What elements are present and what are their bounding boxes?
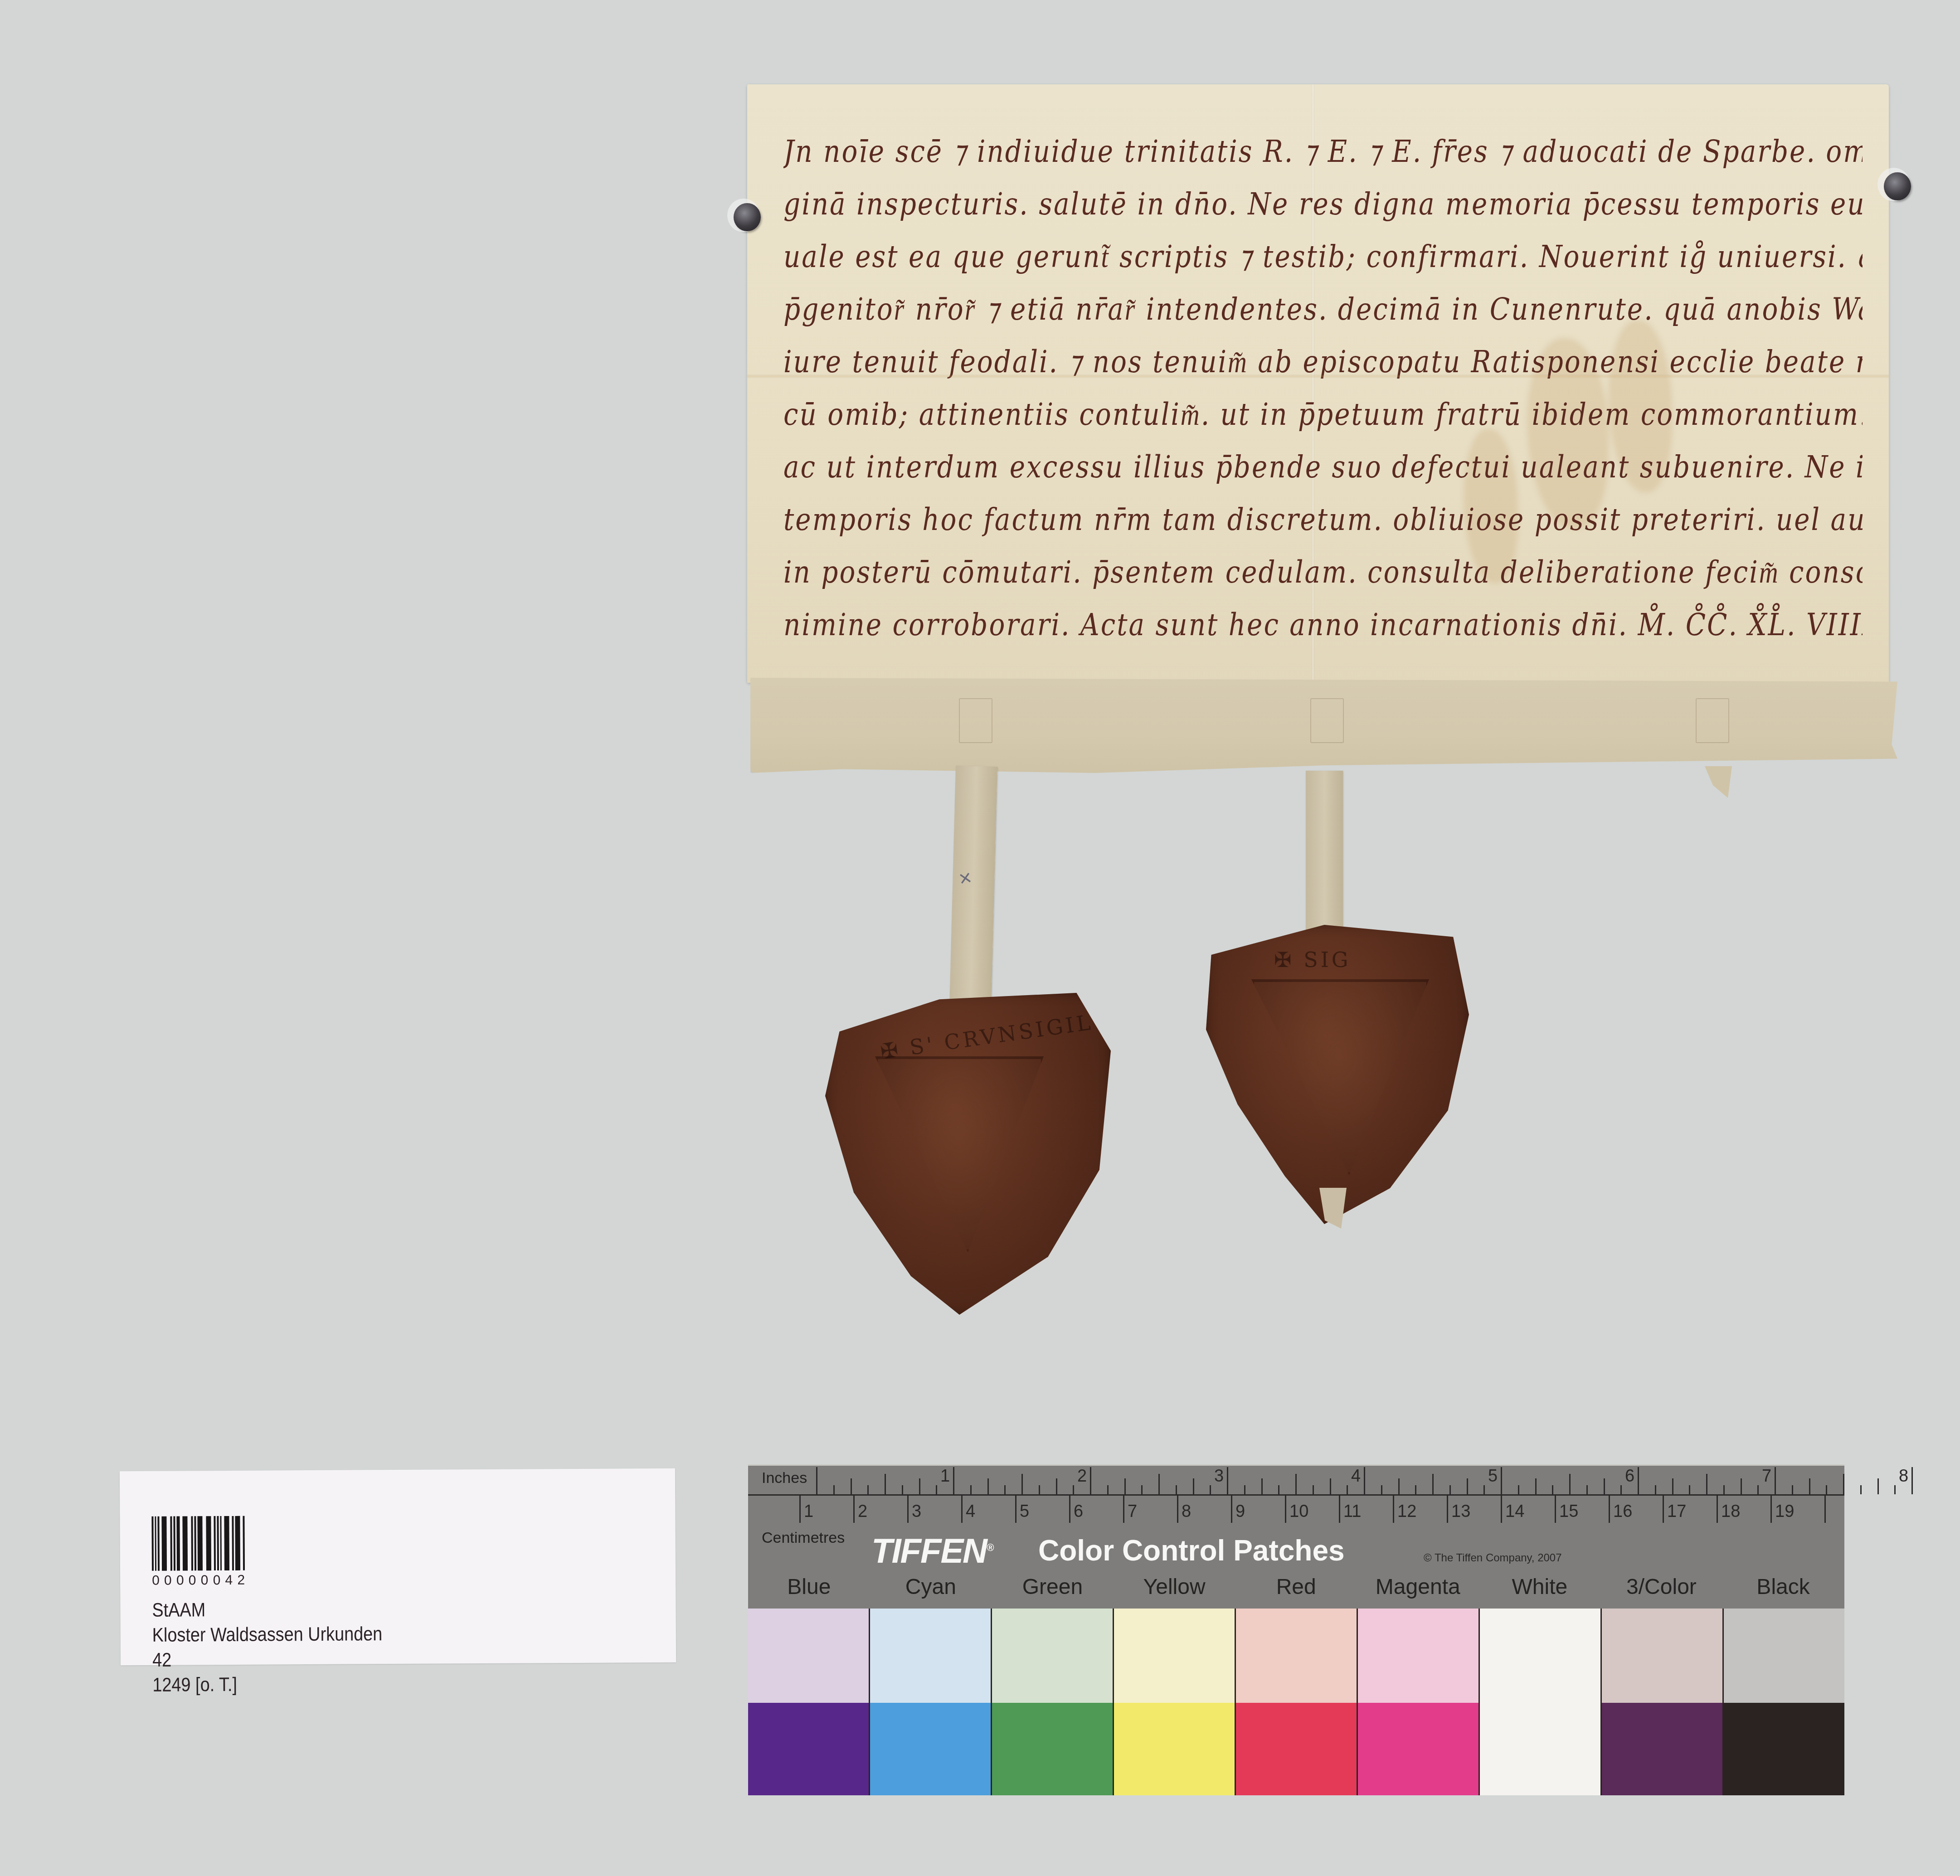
inch-label: 5 <box>1488 1467 1498 1486</box>
inch-tick <box>1295 1474 1297 1494</box>
patch-name: Cyan <box>870 1575 992 1599</box>
script-line: nimine corroborari. Acta sunt hec anno i… <box>783 594 1863 655</box>
wax-seal-right: ✠ SIG <box>1206 925 1469 1224</box>
color-patch-dark <box>1480 1703 1602 1795</box>
patch-name: White <box>1479 1575 1601 1599</box>
cm-label: 5 <box>1020 1502 1029 1521</box>
inch-tick <box>1518 1485 1519 1494</box>
seal-strap-left <box>949 766 997 1030</box>
mounting-magnet-right <box>1884 172 1911 200</box>
cm-tick <box>961 1496 963 1523</box>
inch-tick <box>1056 1478 1057 1494</box>
label-collection: Kloster Waldsassen Urkunden <box>152 1622 383 1648</box>
cm-label: 16 <box>1613 1502 1632 1521</box>
inch-tick <box>1158 1474 1160 1494</box>
inch-tick <box>1894 1485 1896 1494</box>
cm-tick <box>1555 1496 1556 1523</box>
inch-tick <box>867 1485 869 1494</box>
inch-tick <box>1672 1478 1673 1494</box>
chart-title: Color Control Patches <box>1038 1534 1345 1567</box>
plica-fold-flap <box>750 678 1897 773</box>
cm-tick <box>1501 1496 1502 1523</box>
cm-label: 14 <box>1505 1502 1524 1521</box>
cm-tick <box>907 1496 909 1523</box>
cm-label: 4 <box>966 1502 975 1521</box>
color-patch-dark <box>748 1703 870 1795</box>
seal-shield-icon <box>1251 979 1429 1175</box>
color-patch-dark <box>992 1703 1114 1795</box>
script-line: uale est ea que gerunt͂ scriptis ⁊ testi… <box>783 226 1863 287</box>
seal-strap-right <box>1306 771 1343 938</box>
cm-label: 10 <box>1289 1502 1308 1521</box>
color-patch-light <box>1480 1609 1602 1703</box>
inch-tick <box>902 1485 903 1494</box>
inch-tick <box>1569 1474 1571 1494</box>
inches-caption: Inches <box>762 1469 807 1487</box>
cm-tick <box>799 1496 801 1523</box>
inch-tick <box>1638 1467 1639 1494</box>
cm-tick <box>1717 1496 1718 1523</box>
inch-tick <box>936 1485 937 1494</box>
inch-tick <box>1741 1478 1742 1494</box>
cm-label: 7 <box>1128 1502 1137 1521</box>
barcode-digit: 0 <box>152 1573 160 1589</box>
cm-label: 3 <box>912 1502 921 1521</box>
inch-tick <box>1775 1467 1776 1494</box>
inch-tick <box>1432 1474 1434 1494</box>
color-patch-light <box>1236 1609 1358 1703</box>
cm-tick <box>1824 1496 1826 1523</box>
inch-tick <box>1843 1474 1844 1494</box>
registered-mark: ® <box>987 1542 993 1553</box>
patch-name: Magenta <box>1357 1575 1479 1599</box>
mounting-magnet-left <box>734 203 761 231</box>
inch-label: 3 <box>1214 1467 1224 1486</box>
cm-tick <box>1609 1496 1610 1523</box>
barcode-digit: 0 <box>164 1573 172 1589</box>
barcode-digit: 4 <box>225 1573 233 1588</box>
label-number: 42 <box>152 1647 383 1673</box>
patch-name: Black <box>1722 1575 1844 1599</box>
seal-legend: ✠ SIG <box>1274 948 1351 972</box>
seal-legend: ✠ S' CRVNSIGIL <box>879 1010 1095 1064</box>
strap-slot <box>1696 698 1729 743</box>
patch-name: Yellow <box>1114 1575 1235 1599</box>
color-patch-dark <box>1114 1703 1236 1795</box>
inch-tick <box>1364 1467 1365 1494</box>
color-patch-light <box>992 1609 1114 1703</box>
cm-label: 17 <box>1667 1502 1686 1521</box>
inch-label: 1 <box>940 1467 950 1486</box>
inch-tick <box>1141 1485 1143 1494</box>
cm-tick <box>1770 1496 1772 1523</box>
color-patch-dark <box>870 1703 992 1795</box>
barcode-digit: 0 <box>201 1573 209 1588</box>
centimetres-caption: Centimetres <box>762 1529 845 1547</box>
inch-tick <box>1826 1485 1827 1494</box>
ruler-line <box>748 1494 1844 1496</box>
inch-tick <box>1313 1485 1314 1494</box>
barcode-digit: 0 <box>189 1573 196 1588</box>
cm-label: 13 <box>1451 1502 1470 1521</box>
cm-tick <box>1177 1496 1178 1523</box>
cm-tick <box>1123 1496 1124 1523</box>
inch-tick <box>1757 1485 1759 1494</box>
cm-tick <box>1069 1496 1070 1523</box>
wax-seal-left: ✠ S' CRVNSIGIL <box>825 993 1111 1315</box>
inch-tick <box>1227 1467 1228 1494</box>
seal-shield-icon <box>875 1056 1044 1252</box>
inch-tick <box>1860 1485 1862 1494</box>
color-patch-light <box>748 1609 870 1703</box>
inch-tick <box>1877 1478 1879 1494</box>
inch-label: 7 <box>1762 1467 1771 1486</box>
inch-label: 6 <box>1625 1467 1634 1486</box>
inch-tick <box>1586 1485 1588 1494</box>
color-patch-light <box>1724 1609 1844 1703</box>
inch-tick <box>885 1474 886 1494</box>
flap-torn-tab <box>1705 766 1732 798</box>
cm-tick <box>1231 1496 1232 1523</box>
cm-label: 18 <box>1721 1502 1740 1521</box>
barcode-number: 0 0 0 0 0 0 4 2 <box>152 1573 245 1589</box>
cm-tick <box>1447 1496 1448 1523</box>
inch-tick <box>1278 1485 1279 1494</box>
cm-tick <box>1015 1496 1016 1523</box>
color-patch-light <box>1358 1609 1480 1703</box>
inch-tick <box>1210 1485 1211 1494</box>
inch-tick <box>1004 1485 1006 1494</box>
inch-tick <box>1689 1485 1690 1494</box>
script-line: cū omib; attinentiis contulim͂. ut in p̄… <box>783 384 1863 444</box>
inch-tick <box>1261 1478 1263 1494</box>
patch-name: Red <box>1235 1575 1357 1599</box>
charter-parchment: Jn noīe scē ⁊ indiuidue trinitatis R. ⁊ … <box>747 84 1889 683</box>
script-line: p̄genitor͂ nr̄or͂ ⁊ etiā nr̄ar͂ intenden… <box>783 279 1863 339</box>
patch-name: Green <box>992 1575 1114 1599</box>
charter-text: Jn noīe scē ⁊ indiuidue trinitatis R. ⁊ … <box>783 125 1863 651</box>
cm-tick <box>1393 1496 1394 1523</box>
script-line: iure tenuit feodali. ⁊ nos tenuim͂ ab ep… <box>783 331 1863 392</box>
cm-label: 9 <box>1235 1502 1245 1521</box>
inch-label: 2 <box>1077 1467 1087 1486</box>
inch-tick <box>1706 1474 1707 1494</box>
barcode-digit: 0 <box>213 1573 221 1588</box>
inch-tick <box>1244 1485 1245 1494</box>
script-line: Jn noīe scē ⁊ indiuidue trinitatis R. ⁊ … <box>783 121 1863 181</box>
patch-names: Blue Cyan Green Yellow Red Magenta White… <box>748 1575 1844 1599</box>
inch-tick <box>1809 1478 1810 1494</box>
inch-tick <box>953 1467 954 1494</box>
cm-label: 19 <box>1775 1502 1794 1521</box>
inch-tick <box>1911 1467 1913 1494</box>
inch-tick <box>1124 1478 1126 1494</box>
barcode-icon <box>151 1516 245 1571</box>
script-line: temporis hoc factum nr̄m tam discretum. … <box>783 489 1863 549</box>
cm-tick <box>1663 1496 1664 1523</box>
inch-tick <box>1381 1485 1382 1494</box>
inch-tick <box>1090 1467 1091 1494</box>
strap-slot <box>959 698 992 743</box>
color-control-chart: Inches 12345678 123456789101112131415161… <box>748 1464 1844 1795</box>
cm-label: 11 <box>1343 1502 1361 1521</box>
inch-tick <box>816 1467 817 1494</box>
cm-label: 1 <box>804 1502 813 1521</box>
inch-tick <box>1792 1485 1793 1494</box>
cm-tick <box>1285 1496 1286 1523</box>
color-patch-light <box>1114 1609 1236 1703</box>
inch-tick <box>1552 1485 1553 1494</box>
inch-tick <box>1604 1478 1605 1494</box>
inch-label: 4 <box>1351 1467 1361 1486</box>
inch-tick <box>1535 1478 1537 1494</box>
brand-name: TIFFEN <box>871 1532 987 1570</box>
inch-tick <box>851 1478 852 1494</box>
dark-patch-row <box>748 1703 1844 1795</box>
inch-tick <box>919 1478 920 1494</box>
inch-tick <box>970 1485 972 1494</box>
inch-tick <box>1449 1485 1451 1494</box>
color-patch-dark <box>1724 1703 1844 1795</box>
inch-tick <box>1193 1478 1194 1494</box>
color-patch-dark <box>1602 1703 1724 1795</box>
cm-label: 8 <box>1182 1502 1191 1521</box>
patch-name: Blue <box>748 1575 870 1599</box>
inch-tick <box>1723 1485 1725 1494</box>
chart-copyright: © The Tiffen Company, 2007 <box>1424 1552 1562 1565</box>
inch-label: 8 <box>1899 1467 1908 1486</box>
color-patch-light <box>1602 1609 1724 1703</box>
archive-label: 0 0 0 0 0 0 4 2 StAAM Kloster Waldsassen… <box>120 1468 676 1665</box>
label-archive: StAAM <box>152 1597 382 1623</box>
inch-tick <box>833 1485 835 1494</box>
light-patch-row <box>748 1609 1844 1703</box>
patch-name: 3/Color <box>1600 1575 1722 1599</box>
inch-tick <box>1620 1485 1622 1494</box>
inch-tick <box>1655 1485 1656 1494</box>
inch-tick <box>1039 1485 1040 1494</box>
cm-label: 12 <box>1397 1502 1416 1521</box>
script-line: ac ut interdum excessu illius p̄bende su… <box>783 437 1863 497</box>
label-date: 1249 [o. T.] <box>152 1672 383 1698</box>
inch-tick <box>1107 1485 1109 1494</box>
cm-tick <box>1339 1496 1340 1523</box>
inch-tick <box>1347 1485 1348 1494</box>
inch-tick <box>1398 1478 1400 1494</box>
color-patch-light <box>870 1609 992 1703</box>
script-line: in posterū cōmutari. p̄sentem cedulam. c… <box>783 542 1863 602</box>
inch-tick <box>1483 1485 1485 1494</box>
strap-slot <box>1310 698 1344 743</box>
tiffen-logo: TIFFEN® <box>871 1531 993 1571</box>
color-patch-dark <box>1236 1703 1358 1795</box>
cm-label: 15 <box>1559 1502 1578 1521</box>
cm-label: 2 <box>858 1502 867 1521</box>
script-line: ginā inspecturis. salutē in dn̄o. Ne res… <box>783 174 1863 234</box>
inch-tick <box>1073 1485 1074 1494</box>
inch-tick <box>1330 1478 1331 1494</box>
cm-label: 6 <box>1074 1502 1083 1521</box>
inch-tick <box>1415 1485 1416 1494</box>
barcode-digit: 2 <box>237 1573 245 1588</box>
inch-tick <box>1501 1467 1502 1494</box>
cm-tick <box>853 1496 855 1523</box>
inch-tick <box>987 1478 989 1494</box>
chart-header: Inches 12345678 123456789101112131415161… <box>748 1464 1844 1610</box>
color-patch-dark <box>1358 1703 1480 1795</box>
inch-tick <box>1021 1474 1023 1494</box>
inch-tick <box>1176 1485 1177 1494</box>
barcode-digit: 0 <box>176 1573 184 1588</box>
inch-tick <box>1467 1478 1468 1494</box>
